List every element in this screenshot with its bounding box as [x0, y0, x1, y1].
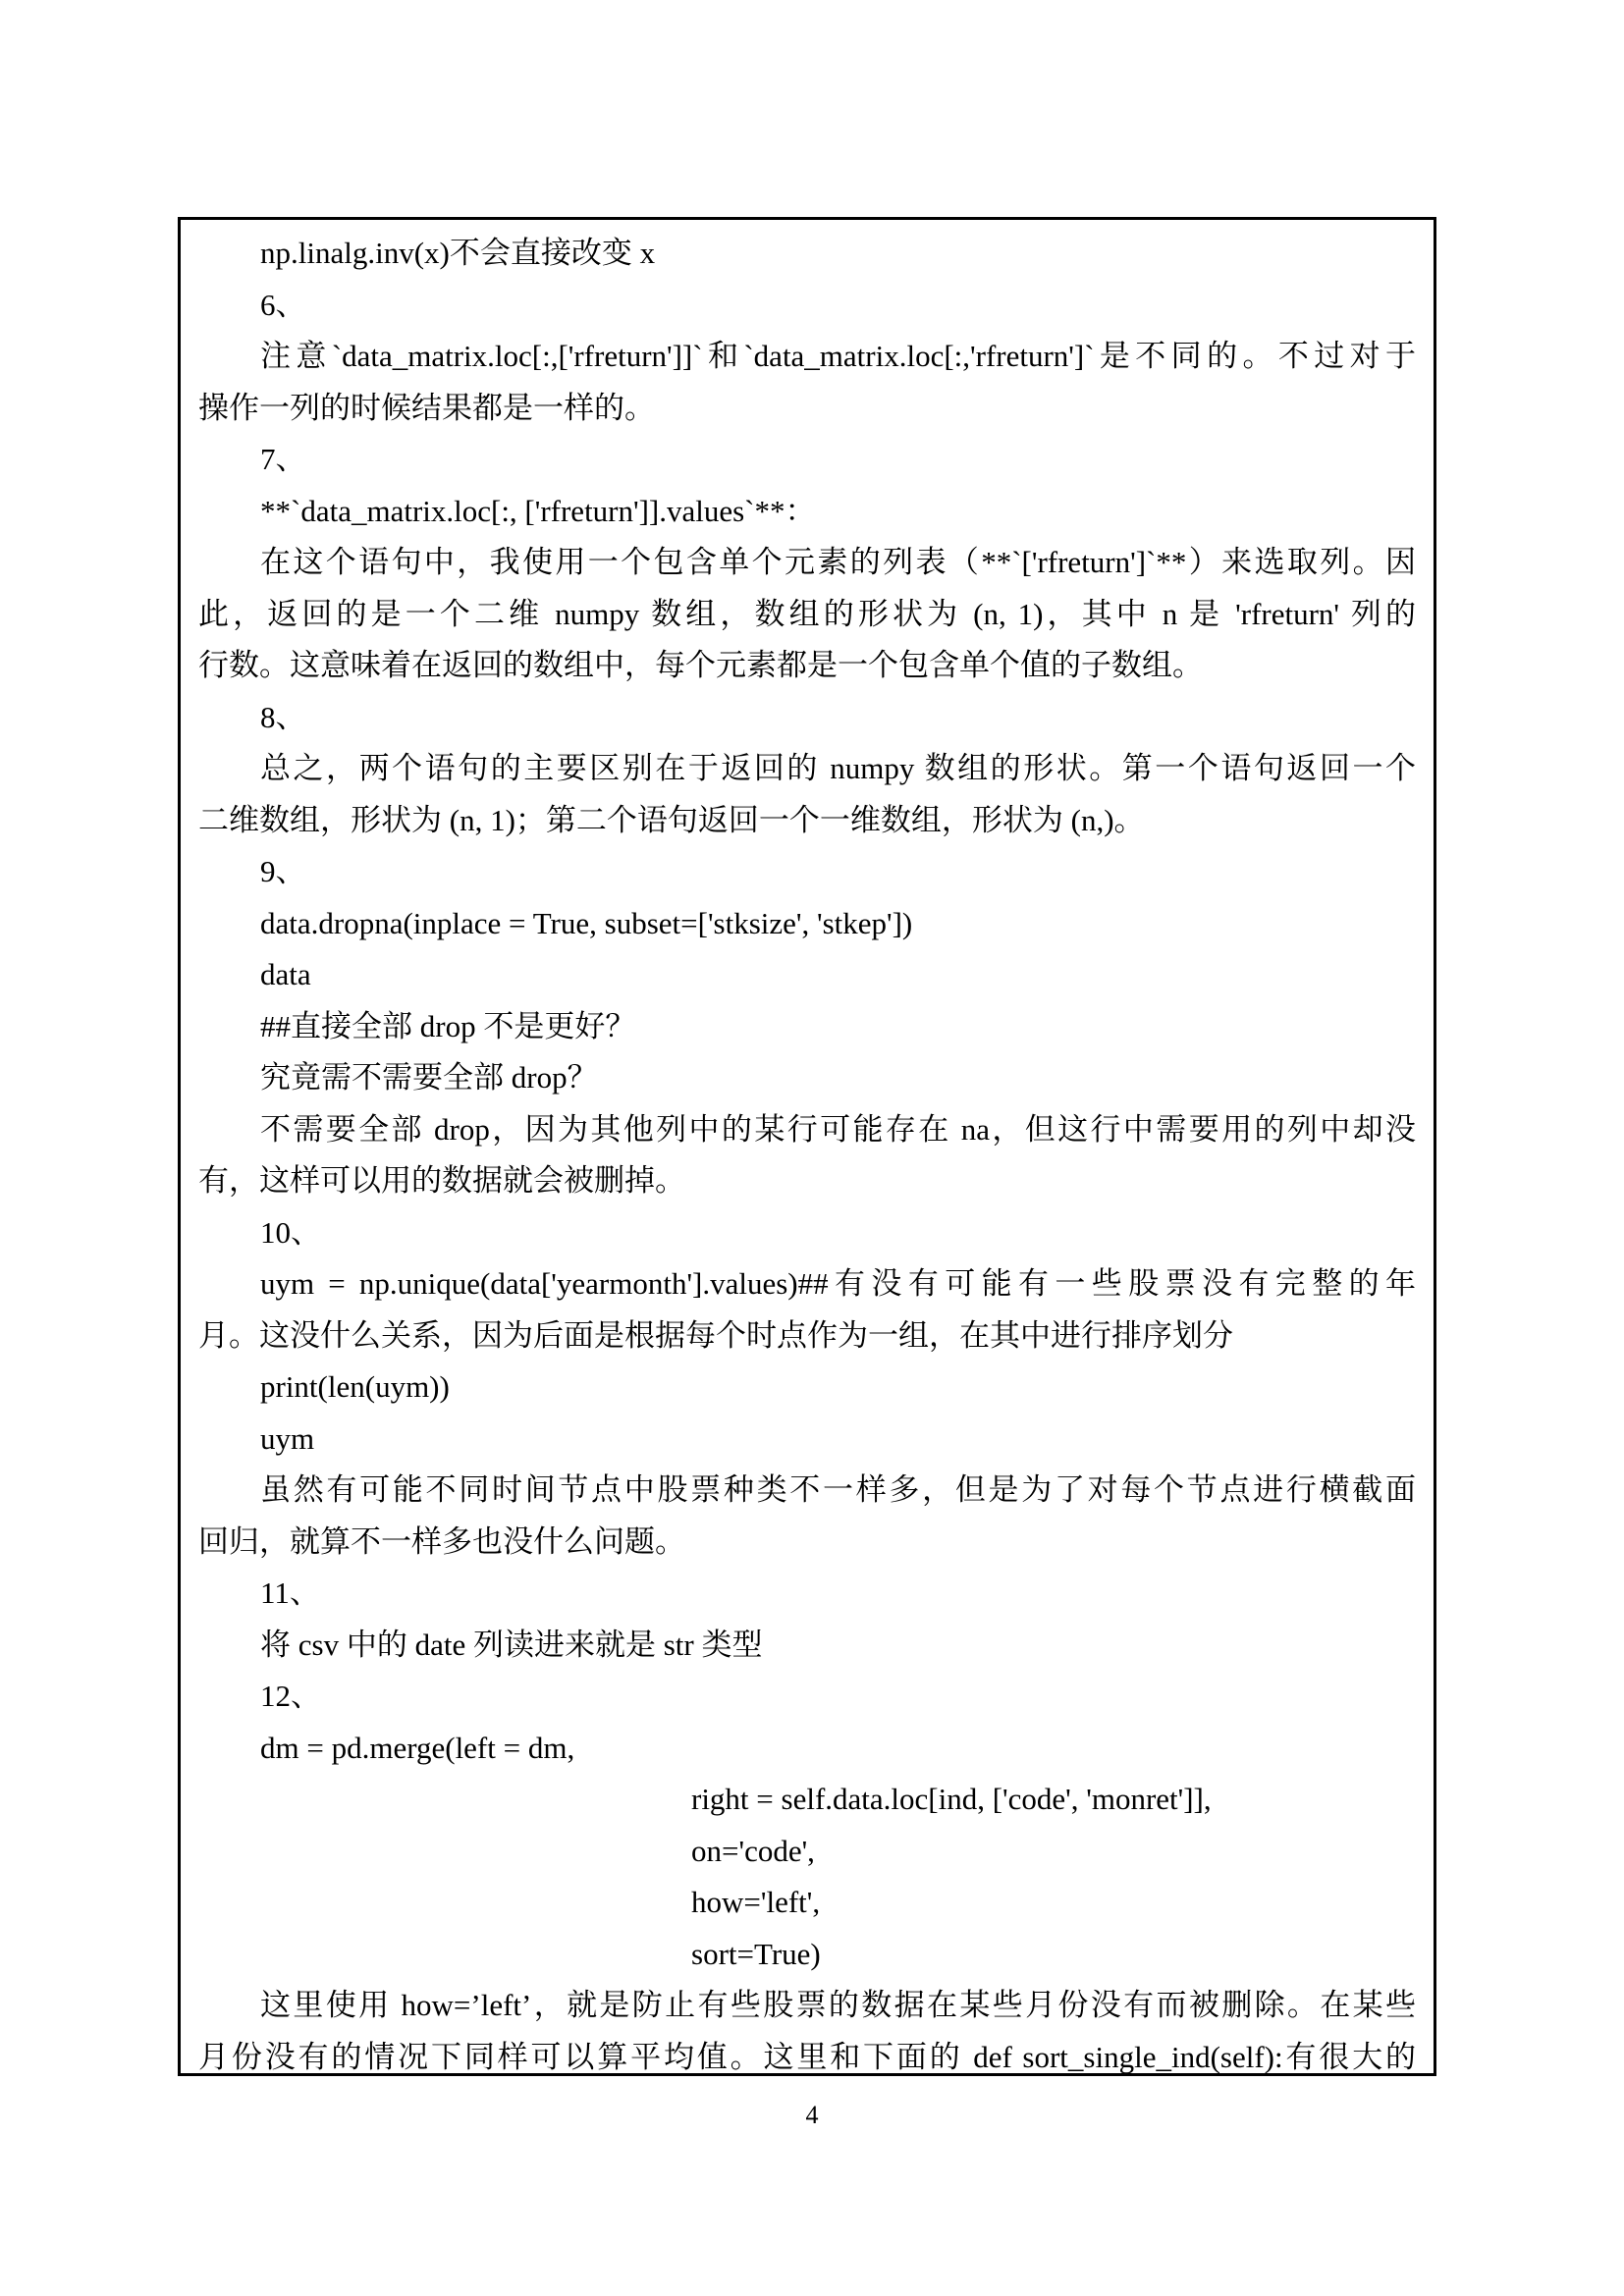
text-line: 回归，就算不一样多也没什么问题。: [198, 1517, 1416, 1569]
text-line: 注意`data_matrix.loc[:,['rfreturn']]`和`dat…: [198, 331, 1416, 383]
text-line: sort=True): [198, 1929, 1416, 1981]
text-line: data.dropna(inplace = True, subset=['stk…: [198, 898, 1416, 950]
text-line: 月。这没什么关系，因为后面是根据每个时点作为一组，在其中进行排序划分: [198, 1310, 1416, 1362]
text-line: uym = np.unique(data['yearmonth'].values…: [198, 1258, 1416, 1310]
text-line: data: [198, 949, 1416, 1001]
text-line: 将 csv 中的 date 列读进来就是 str 类型: [198, 1620, 1416, 1672]
text-line: **`data_matrix.loc[:, ['rfreturn']].valu…: [198, 486, 1416, 538]
text-line: 行数。这意味着在返回的数组中，每个元素都是一个包含单个值的子数组。: [198, 640, 1416, 692]
text-line: 10、: [198, 1207, 1416, 1259]
text-line: 虽然有可能不同时间节点中股票种类不一样多，但是为了对每个节点进行横截面: [198, 1465, 1416, 1517]
text-line: 总之，两个语句的主要区别在于返回的 numpy 数组的形状。第一个语句返回一个: [198, 743, 1416, 795]
text-line: 11、: [198, 1568, 1416, 1620]
text-line: 二维数组，形状为 (n, 1)；第二个语句返回一个一维数组，形状为 (n,)。: [198, 795, 1416, 847]
document-body: np.linalg.inv(x)不会直接改变 x6、注意`data_matrix…: [198, 228, 1416, 2083]
page-number: 4: [0, 2101, 1624, 2130]
text-line: 这里使用 how=’left’，就是防止有些股票的数据在某些月份没有而被删除。在…: [198, 1980, 1416, 2032]
text-line: 8、: [198, 692, 1416, 744]
text-line: 9、: [198, 846, 1416, 898]
text-line: 究竟需不需要全部 drop？: [198, 1052, 1416, 1104]
text-line: right = self.data.loc[ind, ['code', 'mon…: [198, 1774, 1416, 1826]
text-line: 操作一列的时候结果都是一样的。: [198, 383, 1416, 435]
text-line: 不需要全部 drop，因为其他列中的某行可能存在 na，但这行中需要用的列中却没: [198, 1104, 1416, 1156]
text-line: dm = pd.merge(left = dm,: [198, 1723, 1416, 1775]
text-line: uym: [198, 1414, 1416, 1466]
text-line: 月份没有的情况下同样可以算平均值。这里和下面的 def sort_single_…: [198, 2032, 1416, 2084]
text-line: 有，这样可以用的数据就会被删掉。: [198, 1155, 1416, 1207]
text-line: 在这个语句中，我使用一个包含单个元素的列表（**`['rfreturn']`**…: [198, 537, 1416, 589]
text-line: how='left',: [198, 1877, 1416, 1929]
text-line: 7、: [198, 434, 1416, 486]
text-line: ##直接全部 drop 不是更好？: [198, 1001, 1416, 1053]
text-line: 12、: [198, 1671, 1416, 1723]
content-frame: np.linalg.inv(x)不会直接改变 x6、注意`data_matrix…: [178, 217, 1436, 2076]
text-line: 此，返回的是一个二维 numpy 数组，数组的形状为 (n, 1)，其中 n 是…: [198, 589, 1416, 641]
text-line: on='code',: [198, 1826, 1416, 1878]
text-line: print(len(uym)): [198, 1362, 1416, 1414]
text-line: 6、: [198, 280, 1416, 332]
text-line: np.linalg.inv(x)不会直接改变 x: [198, 228, 1416, 280]
